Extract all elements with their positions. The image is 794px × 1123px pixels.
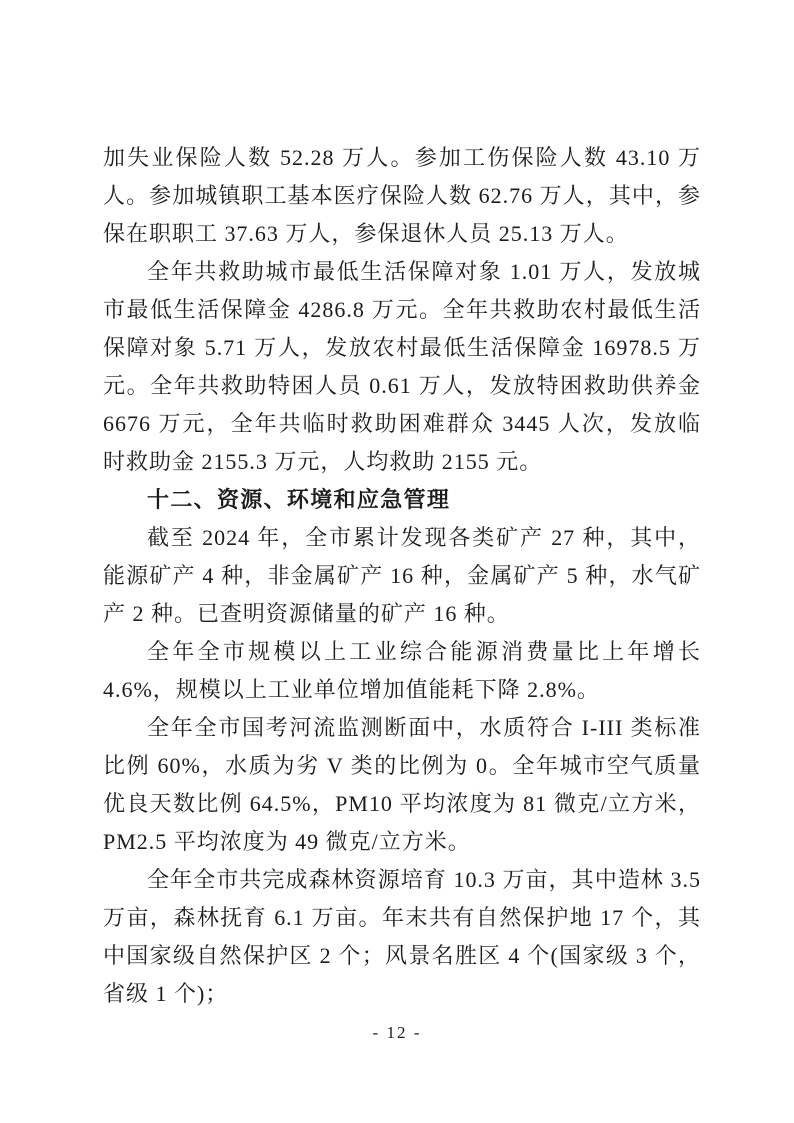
page-footer: - 12 - [0,1023,794,1043]
page-number: - 12 - [372,1023,421,1042]
paragraph-social-assistance: 全年共救助城市最低生活保障对象 1.01 万人，发放城市最低生活保障金 4286… [103,253,701,481]
paragraph-forestry-nature-reserves: 全年全市共完成森林资源培育 10.3 万亩，其中造林 3.5 万亩，森林抚育 6… [103,861,701,1013]
paragraph-social-insurance: 加失业保险人数 52.28 万人。参加工伤保险人数 43.10 万人。参加城镇职… [103,139,701,253]
section-heading-resources-environment: 十二、资源、环境和应急管理 [103,481,701,519]
document-body: 加失业保险人数 52.28 万人。参加工伤保险人数 43.10 万人。参加城镇职… [103,139,701,1013]
paragraph-minerals: 截至 2024 年，全市累计发现各类矿产 27 种，其中，能源矿产 4 种，非金… [103,519,701,633]
paragraph-energy-consumption: 全年全市规模以上工业综合能源消费量比上年增长 4.6%，规模以上工业单位增加值能… [103,633,701,709]
paragraph-water-air-quality: 全年全市国考河流监测断面中，水质符合 I-III 类标准比例 60%，水质为劣 … [103,709,701,861]
document-page: 加失业保险人数 52.28 万人。参加工伤保险人数 43.10 万人。参加城镇职… [0,0,794,1123]
